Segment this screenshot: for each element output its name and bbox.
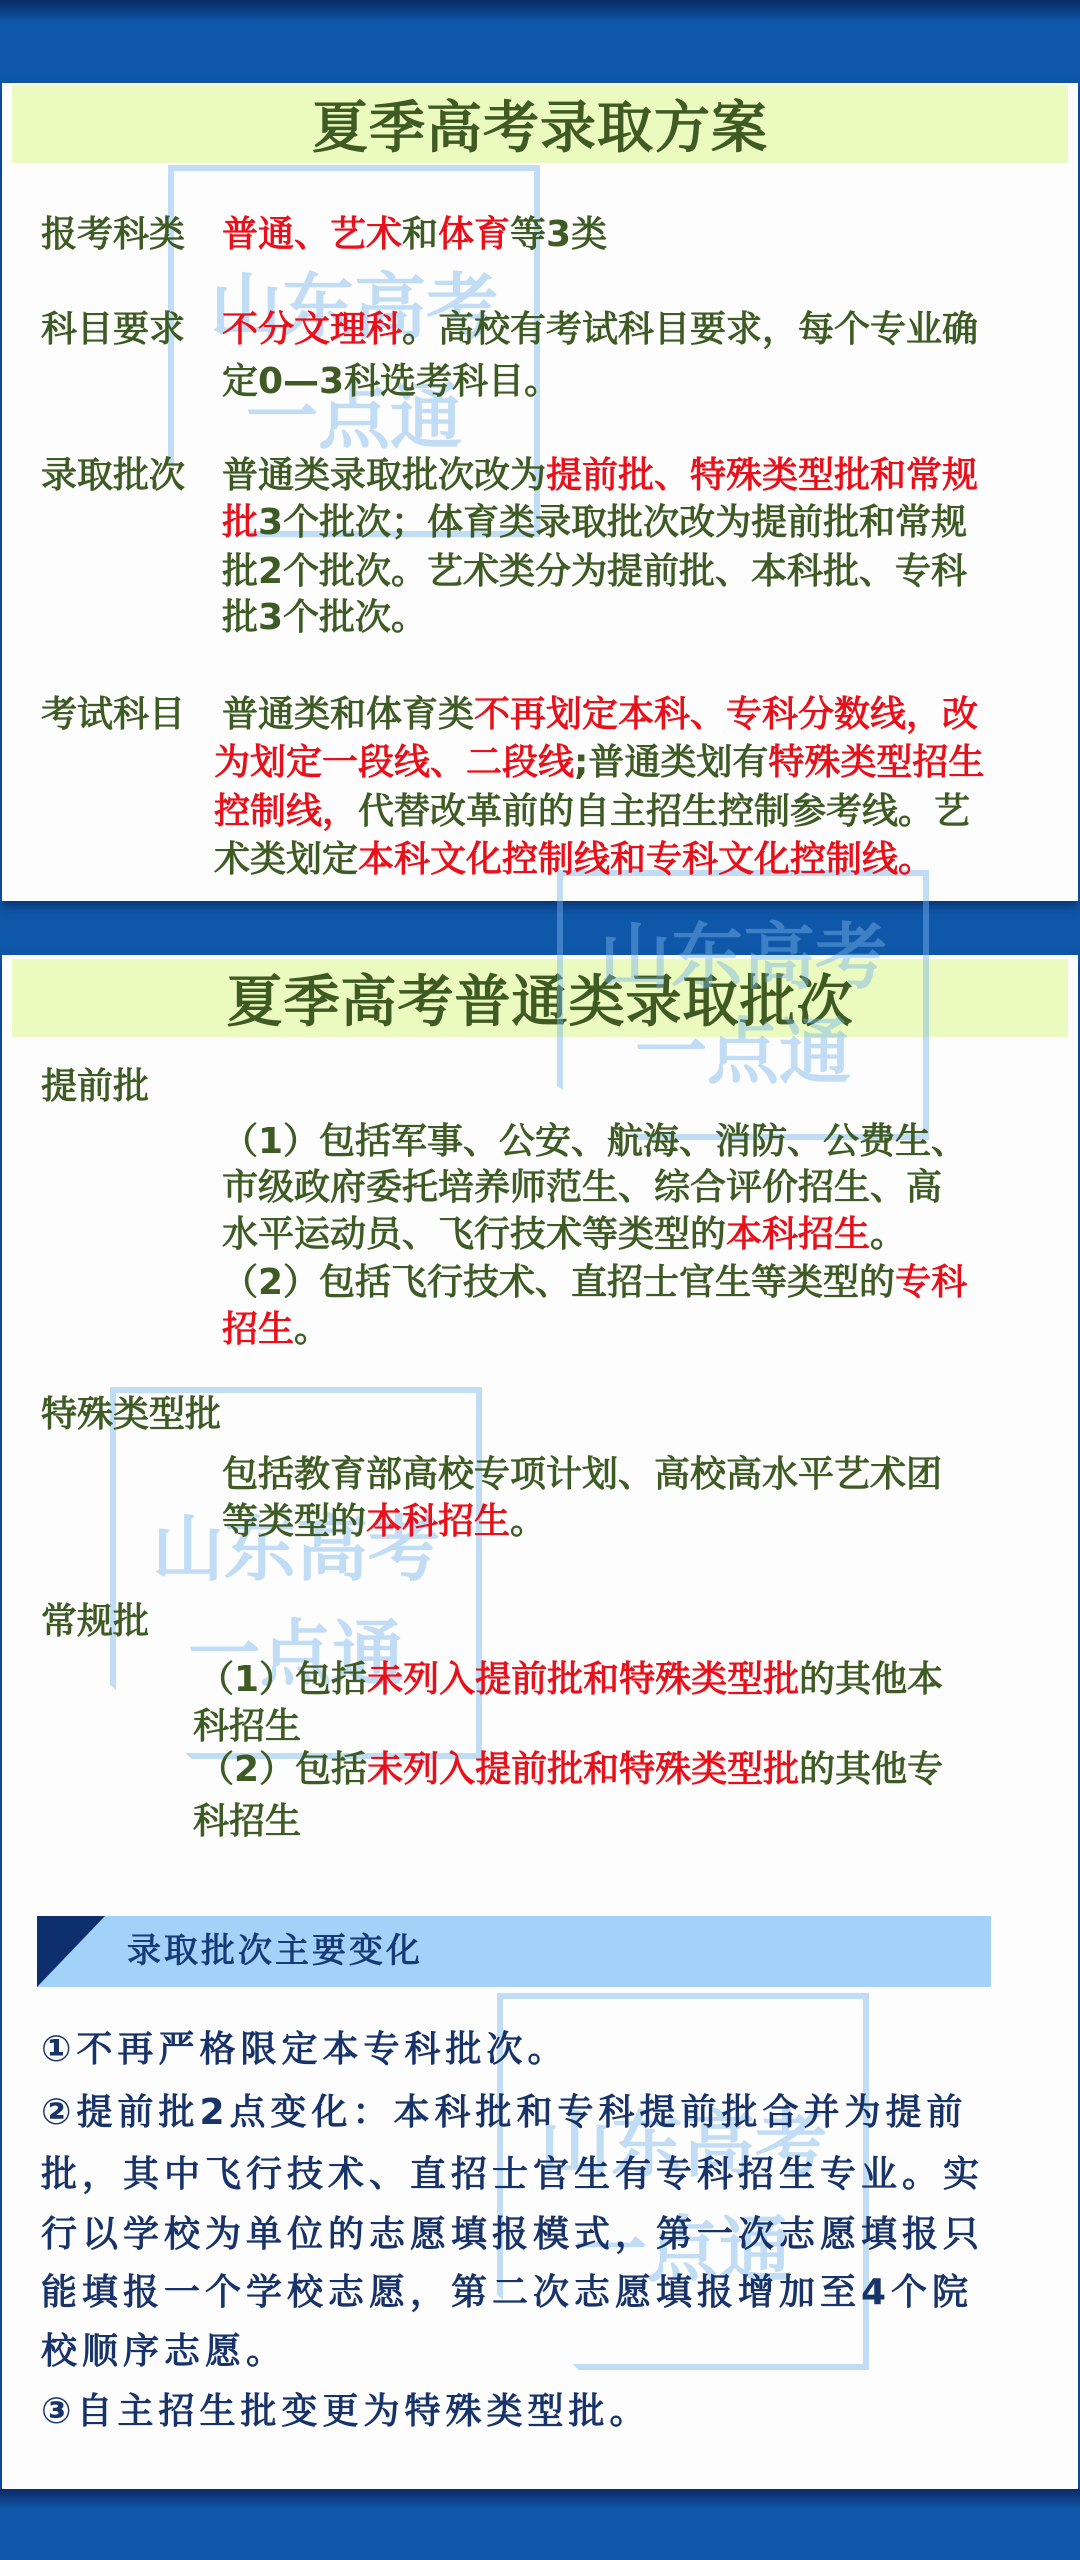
highlight-text: 特殊类型招生 (768, 742, 984, 783)
body-text: （1）包括军事、公安、航海、消防、公费生、 (222, 1121, 967, 1162)
highlight-text: 未列入提前批和特殊类型批 (367, 1749, 799, 1790)
change-item-line: 能填报一个学校志愿，第二次志愿填报增加至4个院 (41, 2269, 973, 2317)
body-text: 。 (294, 1309, 330, 1350)
text-line: 普通类录取批次改为提前批、特殊类型批和常规 (222, 452, 978, 500)
body-text: 。 (870, 1214, 906, 1255)
text-line: 普通、艺术和体育等3类 (222, 211, 607, 259)
section-title: 夏季高考录取方案 (312, 84, 768, 164)
text-line: （1）包括军事、公安、航海、消防、公费生、 (222, 1118, 967, 1166)
bottom-shade (0, 2489, 1080, 2509)
highlight-text: 不再划定本科、专科分数线，改 (474, 694, 978, 735)
highlight-text: 专科 (895, 1262, 967, 1303)
text-line: 市级政府委托培养师范生、综合评价招生、高 (222, 1164, 942, 1212)
highlight-text: 批 (222, 502, 258, 543)
text-line: 定0—3科选考科目。 (222, 358, 560, 406)
body-text: 批2个批次。艺术类分为提前批、本科批、专科 (222, 551, 967, 592)
body-text: （1）包括 (198, 1659, 367, 1700)
change-item-line: 批，其中飞行技术、直招士官生有专科招生专业。实 (41, 2151, 984, 2199)
body-text: 等类型的 (222, 1501, 366, 1542)
text-line: 批2个批次。艺术类分为提前批、本科批、专科 (222, 548, 967, 596)
body-text: （2）包括飞行技术、直招士官生等类型的 (222, 1262, 895, 1303)
body-text: 普通类录取批次改为 (222, 455, 546, 496)
highlight-text: 未列入提前批和特殊类型批 (367, 1659, 799, 1700)
change-item-line: ③自主招生批变更为特殊类型批。 (41, 2388, 650, 2436)
text-line: 等类型的本科招生。 (222, 1498, 546, 1546)
text-line: 批3个批次。 (222, 594, 427, 642)
row-label: 科目要求 (41, 306, 185, 354)
body-text: 科招生 (193, 1706, 301, 1747)
highlight-text: 体育 (438, 214, 510, 255)
text-line: 普通类和体育类不再划定本科、专科分数线，改 (222, 691, 978, 739)
change-item-line: 校顺序志愿。 (41, 2328, 287, 2376)
body-text: （2）包括 (198, 1749, 367, 1790)
body-text: 。 (510, 1501, 546, 1542)
batch-heading: 常规批 (41, 1598, 149, 1646)
row-label: 录取批次 (41, 452, 185, 500)
body-text: 的其他本 (799, 1659, 943, 1700)
body-text: 术类划定 (214, 839, 358, 880)
body-text: 的其他专 (799, 1749, 943, 1790)
body-text: 批3个批次。 (222, 597, 427, 638)
highlight-text: 本科招生 (726, 1214, 870, 1255)
change-item-line: 行以学校为单位的志愿填报模式，第一次志愿填报只 (41, 2211, 984, 2259)
body-text: 等3类 (510, 214, 607, 255)
text-line: 批3个批次；体育类录取批次改为提前批和常规 (222, 499, 967, 547)
highlight-text: 本科招生 (366, 1501, 510, 1542)
highlight-text: 控制线， (214, 791, 358, 832)
body-text: 3个批次；体育类录取批次改为提前批和常规 (258, 502, 967, 543)
text-line: 招生。 (222, 1306, 330, 1354)
body-text: 普通类和体育类 (222, 694, 474, 735)
text-line: （2）包括飞行技术、直招士官生等类型的专科 (222, 1259, 967, 1307)
section-title-band: 夏季高考录取方案 (12, 85, 1068, 163)
body-text: 和 (402, 214, 438, 255)
highlight-text: 提前批、特殊类型批和常规 (546, 455, 978, 496)
text-line: 为划定一段线、二段线;普通类划有特殊类型招生 (214, 739, 984, 787)
text-line: 包括教育部高校专项计划、高校高水平艺术团 (222, 1451, 942, 1499)
key-changes-header-bar: 录取批次主要变化 (37, 1916, 991, 1987)
row-label: 考试科目 (41, 691, 185, 739)
top-shade (0, 0, 1080, 22)
highlight-text: 不分文理科 (222, 309, 402, 350)
row-label: 报考科类 (41, 211, 185, 259)
body-text: 定0—3科选考科目。 (222, 361, 560, 402)
text-line: （1）包括未列入提前批和特殊类型批的其他本 (198, 1656, 943, 1704)
body-text: 水平运动员、飞行技术等类型的 (222, 1214, 726, 1255)
text-line: 水平运动员、飞行技术等类型的本科招生。 (222, 1211, 906, 1259)
key-changes-title: 录取批次主要变化 (127, 1916, 423, 1987)
highlight-text: 普通、艺术 (222, 214, 402, 255)
text-line: 科招生 (193, 1703, 301, 1751)
text-line: 术类划定本科文化控制线和专科文化控制线。 (214, 836, 934, 884)
batch-heading: 特殊类型批 (41, 1391, 221, 1439)
body-text: 市级政府委托培养师范生、综合评价招生、高 (222, 1167, 942, 1208)
body-text: 代替改革前的自主招生控制参考线。艺 (358, 791, 970, 832)
highlight-text: 本科文化控制线和专科文化控制线。 (358, 839, 934, 880)
text-line: 科招生 (193, 1798, 301, 1846)
text-line: （2）包括未列入提前批和特殊类型批的其他专 (198, 1746, 943, 1794)
body-text: ;普通类划有 (574, 742, 768, 783)
section-title: 夏季高考普通类录取批次 (227, 958, 854, 1038)
text-line: 不分文理科。高校有考试科目要求，每个专业确 (222, 306, 978, 354)
change-item-line: ②提前批2点变化：本科批和专科提前批合并为提前 (41, 2089, 968, 2137)
body-text: 包括教育部高校专项计划、高校高水平艺术团 (222, 1454, 942, 1495)
batch-heading: 提前批 (41, 1063, 149, 1111)
section-title-band: 夏季高考普通类录取批次 (12, 959, 1068, 1037)
bar-corner-triangle (37, 1916, 105, 1987)
text-line: 控制线，代替改革前的自主招生控制参考线。艺 (214, 788, 970, 836)
highlight-text: 为划定一段线、二段线 (214, 742, 574, 783)
highlight-text: 招生 (222, 1309, 294, 1350)
change-item-line: ①不再严格限定本专科批次。 (41, 2026, 568, 2074)
body-text: 科招生 (193, 1801, 301, 1842)
body-text: 。高校有考试科目要求，每个专业确 (402, 309, 978, 350)
